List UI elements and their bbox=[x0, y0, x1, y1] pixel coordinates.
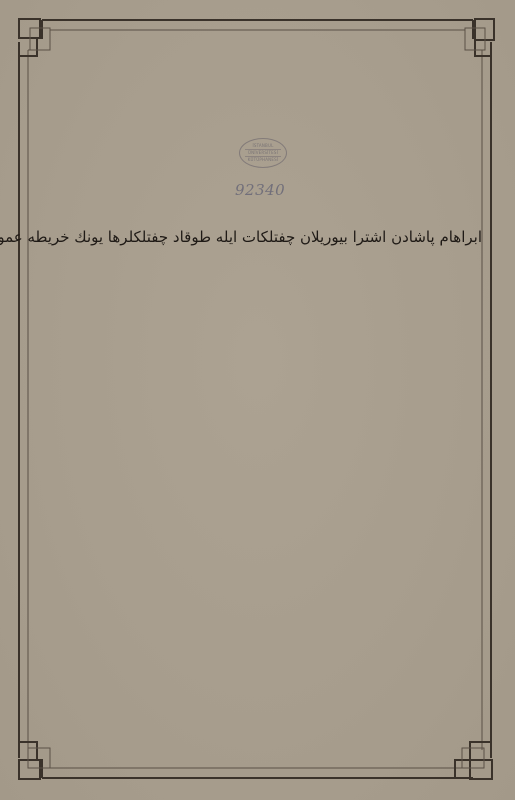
call-number: 92340 bbox=[235, 181, 285, 199]
document-page: İSTANBUL ÜNİVERSİTESİ KÜTÜPHANESİ 92340 … bbox=[0, 0, 515, 800]
stamp-line-3: KÜTÜPHANESİ bbox=[248, 157, 278, 163]
library-stamp: İSTANBUL ÜNİVERSİTESİ KÜTÜPHANESİ bbox=[239, 138, 287, 168]
document-title: ابراهام پاشادن اشترا بیوریلان چفتلکات ای… bbox=[36, 228, 482, 246]
decorative-border bbox=[0, 0, 515, 800]
stamp-line-2: ÜNİVERSİTESİ bbox=[245, 149, 281, 157]
corner-ornament-bottom-left bbox=[19, 742, 50, 779]
corner-ornament-top-left bbox=[19, 19, 50, 56]
corner-ornament-bottom-right bbox=[455, 742, 492, 779]
corner-ornament-top-right bbox=[465, 19, 494, 56]
